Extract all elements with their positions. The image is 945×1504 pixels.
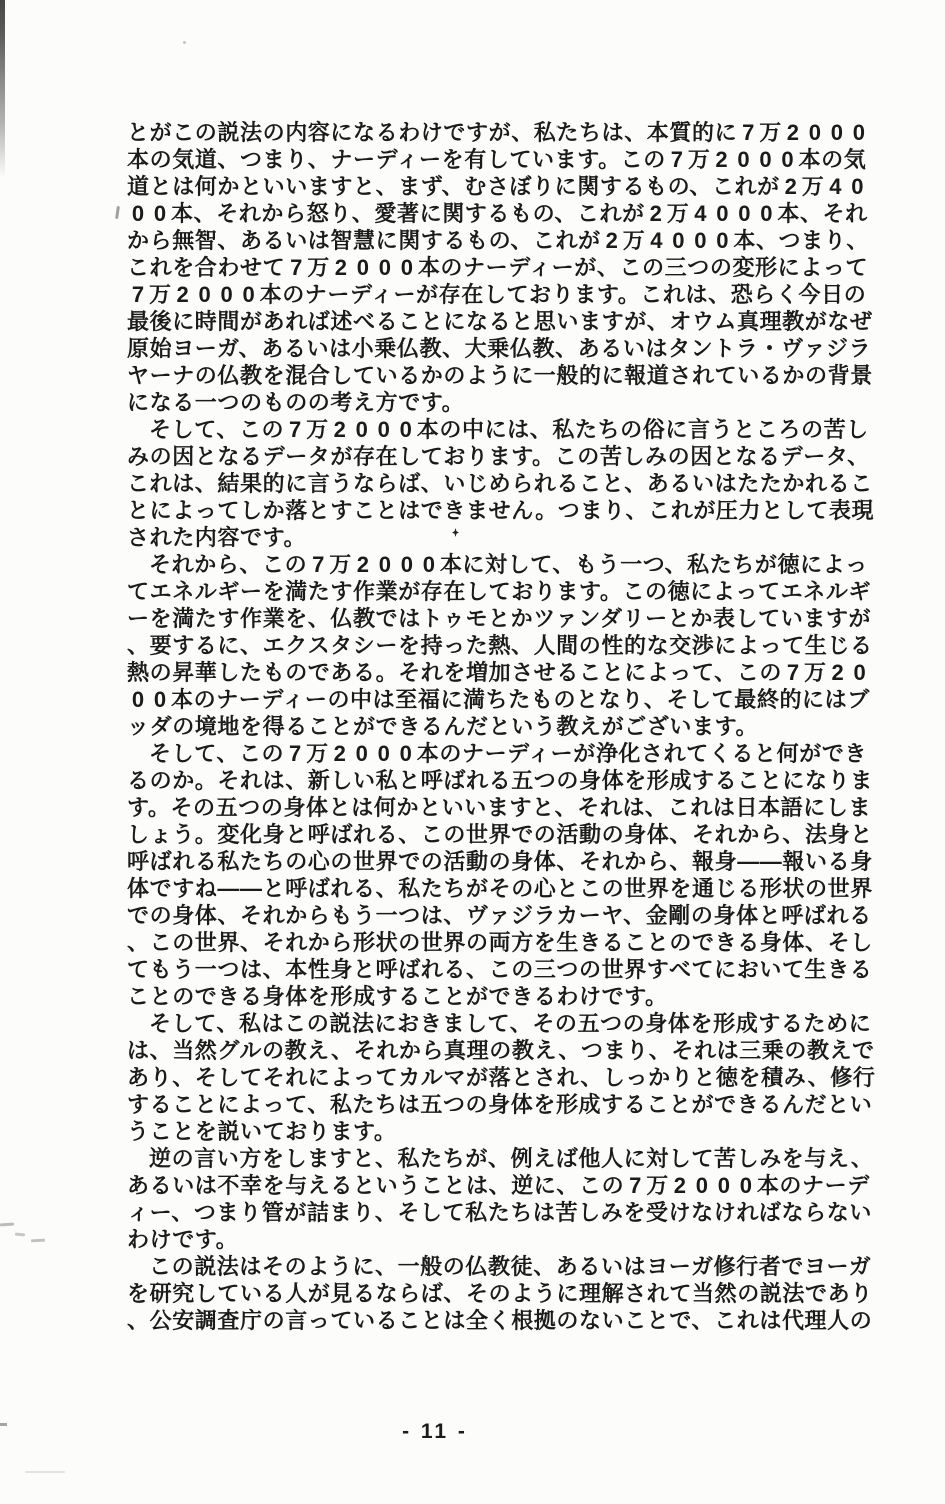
- text-line: 熱の昇華したものである。それを増加させることによって、この7万20: [127, 659, 887, 686]
- text-line: この説法はそのように、一般の仏教徒、あるいはヨーガ修行者でヨーガ: [127, 1253, 887, 1280]
- text-line: てエネルギーを満たす作業が存在しております。この徳によってエネルギ: [127, 578, 887, 605]
- text-line: るのか。それは、新しい私と呼ばれる五つの身体を形成することになりま: [127, 767, 887, 794]
- text-line: 7万2000本のナーディーが存在しております。これは、恐らく今日の: [127, 281, 887, 308]
- text-line: そして、この7万2000本の中には、私たちの俗に言うところの苦し: [127, 416, 887, 443]
- text-line: を研究している人が見るならば、そのように理解されて当然の説法であり: [127, 1280, 887, 1307]
- margin-scribble: [31, 1239, 45, 1243]
- text-line: あるいは不幸を与えるということは、逆に、この7万2000本のナーデ: [127, 1172, 887, 1199]
- scan-edge-streak: [0, 0, 5, 178]
- text-line: 呼ばれる私たちの心の世界での活動の身体、それから、報身――報いる身: [127, 848, 887, 875]
- text-line: てもう一つは、本性身と呼ばれる、この三つの世界すべてにおいて生きる: [127, 956, 887, 983]
- text-line: 本の気道、つまり、ナーディーを有しています。この7万2000本の気: [127, 146, 887, 173]
- stray-margin-tick: [115, 206, 120, 219]
- text-line: 00本、それから怒り、愛著に関するもの、これが2万4000本、それ: [127, 200, 887, 227]
- text-line: になる一つのものの考え方です。: [127, 389, 887, 416]
- text-line: そして、この7万2000本のナーディーが浄化されてくると何ができ: [127, 740, 887, 767]
- text-line: みの因となるデータが存在しております。この苦しみの因となるデータ、: [127, 443, 887, 470]
- page-number: - 11 -: [360, 1420, 510, 1444]
- text-line: わけです。: [127, 1226, 887, 1253]
- text-line: ことのできる身体を形成することができるわけです。: [127, 983, 887, 1010]
- text-line: それから、この7万2000本に対して、もう一つ、私たちが徳によっ: [127, 551, 887, 578]
- scanned-document-page: とがこの説法の内容になるわけですが、私たちは、本質的に7万2000 本の気道、つ…: [0, 0, 945, 1504]
- text-line: これを合わせて7万2000本のナーディーが、この三つの変形によって: [127, 254, 887, 281]
- scan-edge-dash: [0, 1423, 7, 1426]
- paper-speck: [25, 1471, 65, 1473]
- text-line: は、当然グルの教え、それから真理の教え、つまり、それは三乗の教えで: [127, 1037, 887, 1064]
- paper-speck: [183, 41, 186, 44]
- text-line: 、この世界、それから形状の世界の両方を生きることのできる身体、そし: [127, 929, 887, 956]
- text-line: とがこの説法の内容になるわけですが、私たちは、本質的に7万2000: [127, 119, 887, 146]
- text-line: ィー、つまり管が詰まり、そして私たちは苦しみを受けなければならない: [127, 1199, 887, 1226]
- text-line: された内容です。: [127, 524, 887, 551]
- text-line: 体ですね――と呼ばれる、私たちがその心とこの世界を通じる形状の世界: [127, 875, 887, 902]
- text-line: から無智、あるいは智慧に関するもの、これが2万4000本、つまり、: [127, 227, 887, 254]
- text-line: これは、結果的に言うならば、いじめられること、あるいはたたかれるこ: [127, 470, 887, 497]
- text-line: することによって、私たちは五つの身体を形成することができるんだとい: [127, 1091, 887, 1118]
- text-line: 逆の言い方をしますと、私たちが、例えば他人に対して苦しみを与え、: [127, 1145, 887, 1172]
- body-text: とがこの説法の内容になるわけですが、私たちは、本質的に7万2000 本の気道、つ…: [127, 119, 887, 1334]
- text-line: とによってしか落とすことはできません。つまり、これが圧力として表現: [127, 497, 887, 524]
- text-line: そして、私はこの説法におきまして、その五つの身体を形成するために: [127, 1010, 887, 1037]
- text-line: 道とは何かといいますと、まず、むさぼりに関するもの、これが2万40: [127, 173, 887, 200]
- margin-scribble: [15, 1233, 25, 1237]
- text-line: 00本のナーディーの中は至福に満ちたものとなり、そして最終的にはブ: [127, 686, 887, 713]
- text-line: す。その五つの身体とは何かといいますと、それは、これは日本語にしま: [127, 794, 887, 821]
- text-line: 最後に時間があれば述べることになると思いますが、オウム真理教がなぜ: [127, 308, 887, 335]
- text-line: ヤーナの仏教を混合しているかのように一般的に報道されているかの背景: [127, 362, 887, 389]
- text-line: 原始ヨーガ、あるいは小乗仏教、大乗仏教、あるいはタントラ・ヴァジラ: [127, 335, 887, 362]
- text-line: ーを満たす作業を、仏教ではトゥモとかツァンダリーとか表していますが: [127, 605, 887, 632]
- text-line: あり、そしてそれによってカルマが落とされ、しっかりと徳を積み、修行: [127, 1064, 887, 1091]
- text-line: 、公安調査庁の言っていることは全く根拠のないことで、これは代理人の: [127, 1307, 887, 1334]
- text-line: しょう。変化身と呼ばれる、この世界での活動の身体、それから、法身と: [127, 821, 887, 848]
- text-line: での身体、それからもう一つは、ヴァジラカーヤ、金剛の身体と呼ばれる: [127, 902, 887, 929]
- text-line: うことを説いております。: [127, 1118, 887, 1145]
- text-line: 、要するに、エクスタシーを持った熱、人間の性的な交渉によって生じる: [127, 632, 887, 659]
- margin-scribble: [0, 1223, 14, 1227]
- text-line: ッダの境地を得ることができるんだという教えがございます。: [127, 713, 887, 740]
